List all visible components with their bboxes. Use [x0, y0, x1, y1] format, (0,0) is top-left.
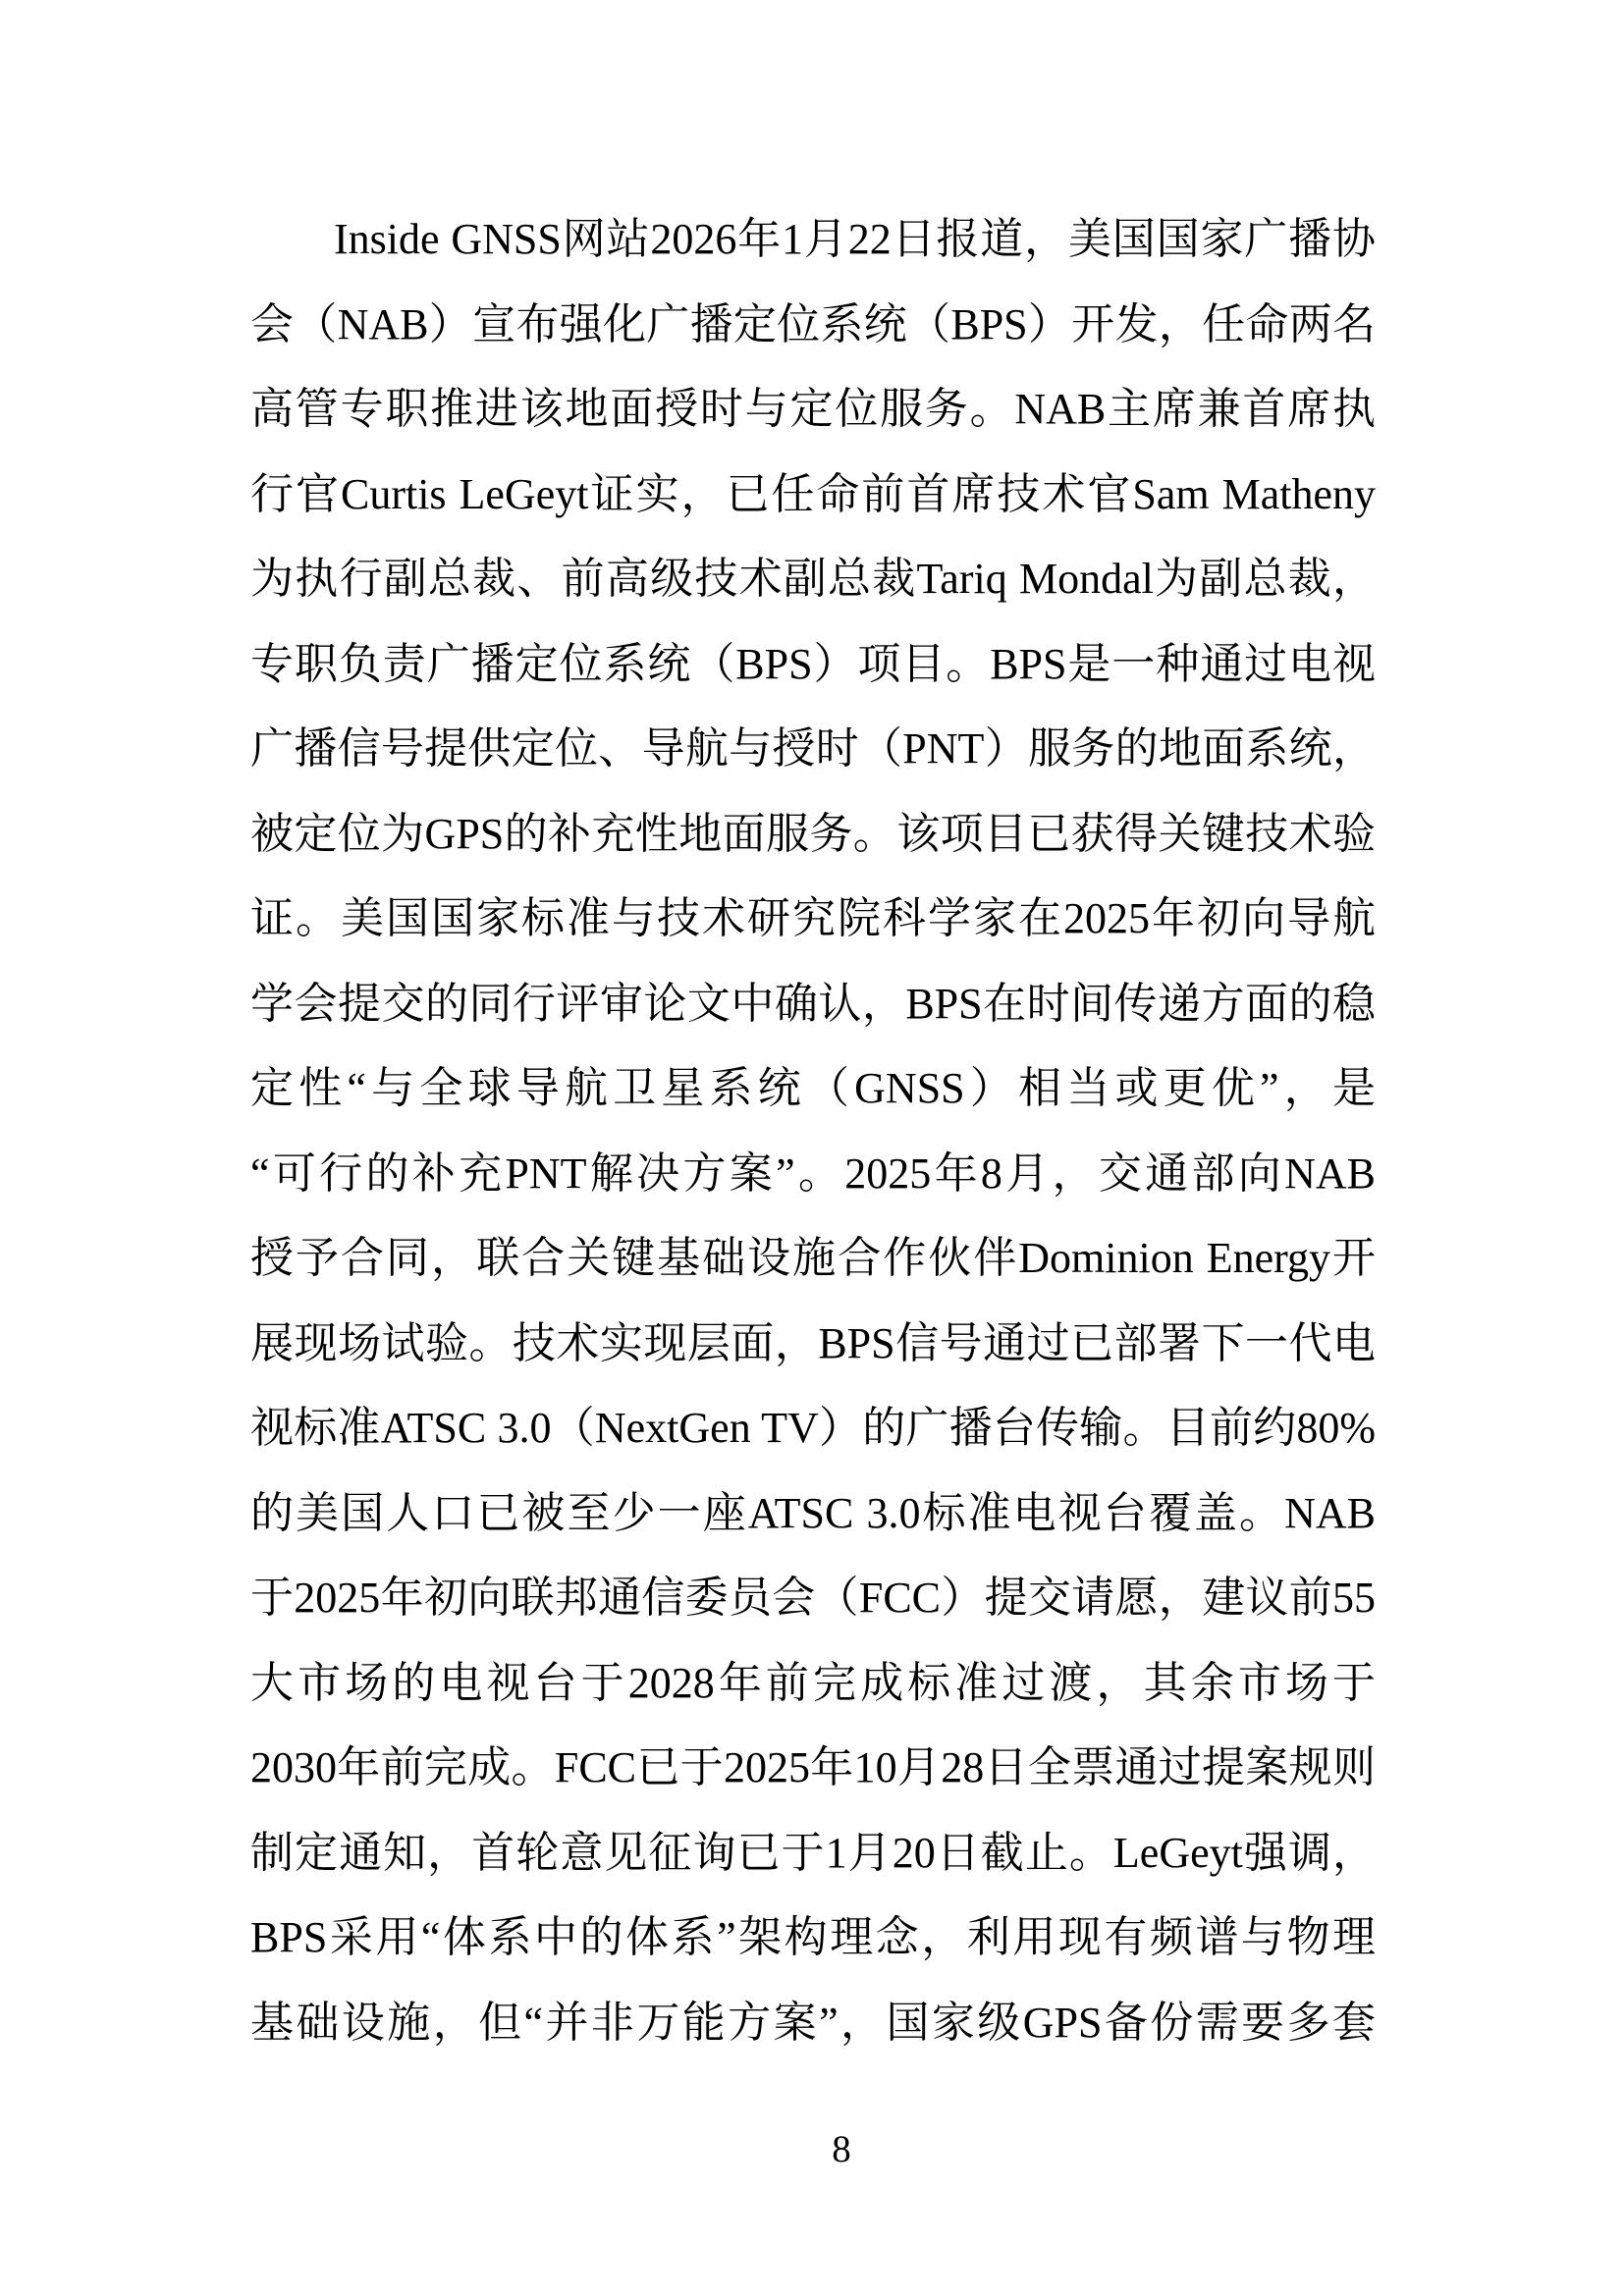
text-line: 展现场试验。技术实现层面，BPS信号通过已部署下一代电: [250, 1302, 1376, 1387]
page-number-value: 8: [832, 2128, 851, 2170]
text-line: 的美国人口已被至少一座ATSC 3.0标准电视台覆盖。NAB: [250, 1471, 1376, 1557]
text-line: “可行的补充PNT解决方案”。2025年8月，交通部向NAB: [250, 1132, 1376, 1217]
document-page: Inside GNSS网站2026年1月22日报道，美国国家广播协会（NAB）宣…: [0, 0, 1624, 2296]
text-line: 专职负责广播定位系统（BPS）项目。BPS是一种通过电视: [250, 622, 1376, 708]
text-line: 广播信号提供定位、导航与授时（PNT）服务的地面系统，: [250, 707, 1376, 792]
page-number: 8: [0, 2128, 1624, 2171]
text-line: 被定位为GPS的补充性地面服务。该项目已获得关键技术验: [250, 792, 1376, 878]
text-line: 为执行副总裁、前高级技术副总裁Tariq Mondal为副总裁，: [250, 537, 1376, 622]
text-line: 高管专职推进该地面授时与定位服务。NAB主席兼首席执: [250, 367, 1376, 453]
text-line: Inside GNSS网站2026年1月22日报道，美国国家广播协: [250, 197, 1376, 283]
text-line: BPS采用“体系中的体系”架构理念，利用现有频谱与物理: [250, 1896, 1376, 1981]
text-line: 证。美国国家标准与技术研究院科学家在2025年初向导航: [250, 877, 1376, 962]
text-line: 定性“与全球导航卫星系统（GNSS）相当或更优”，是: [250, 1046, 1376, 1132]
text-line: 2030年前完成。FCC已于2025年10月28日全票通过提案规则: [250, 1726, 1376, 1811]
body-text: Inside GNSS网站2026年1月22日报道，美国国家广播协会（NAB）宣…: [250, 197, 1376, 2065]
text-line: 学会提交的同行评审论文中确认，BPS在时间传递方面的稳: [250, 962, 1376, 1047]
text-line: 大市场的电视台于2028年前完成标准过渡，其余市场于: [250, 1641, 1376, 1727]
text-line: 制定通知，首轮意见征询已于1月20日截止。LeGeyt强调，: [250, 1811, 1376, 1896]
text-line: 视标准ATSC 3.0（NextGen TV）的广播台传输。目前约80%: [250, 1386, 1376, 1471]
text-line: 会（NAB）宣布强化广播定位系统（BPS）开发，任命两名: [250, 283, 1376, 368]
text-line: 基础设施，但“并非万能方案”，国家级GPS备份需要多套: [250, 1981, 1376, 2066]
text-line: 于2025年初向联邦通信委员会（FCC）提交请愿，建议前55: [250, 1556, 1376, 1641]
text-line: 行官Curtis LeGeyt证实，已任命前首席技术官Sam Matheny: [250, 453, 1376, 538]
text-line: 授予合同，联合关键基础设施合作伙伴Dominion Energy开: [250, 1216, 1376, 1302]
